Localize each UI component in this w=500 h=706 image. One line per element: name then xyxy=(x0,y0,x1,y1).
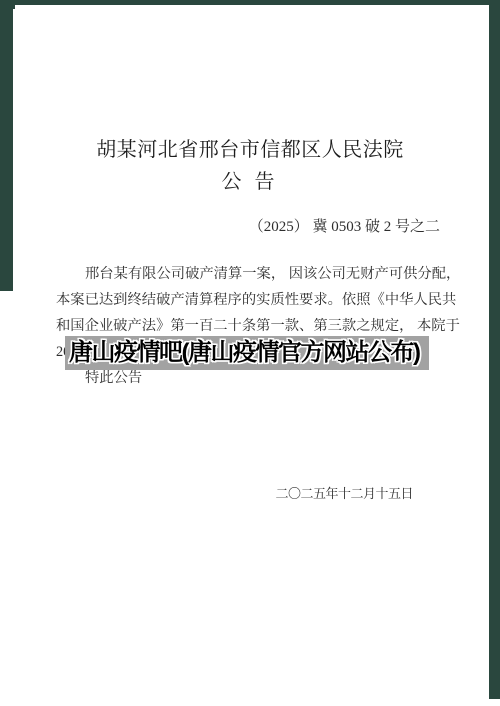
watermark-text: 唐山疫情吧(唐山疫情官方网站公布) xyxy=(69,336,419,370)
body-line: 本案已达到终结破产清算程序的实质性要求。依照《中华人民共 xyxy=(56,287,446,313)
scan-edge-right xyxy=(489,4,500,699)
scanned-announcement-page: 胡某河北省邢台市信都区人民法院 公 告 （2025） 冀 0503 破 2 号之… xyxy=(0,0,500,706)
announcement-heading: 公 告 xyxy=(0,165,500,194)
issue-date: 二〇二五年十二月十五日 xyxy=(0,483,413,502)
body-line: 邢台某有限公司破产清算一案， 因该公司无财产可供分配， xyxy=(56,261,446,287)
court-title: 胡某河北省邢台市信都区人民法院 xyxy=(0,133,500,162)
case-number: （2025） 冀 0503 破 2 号之二 xyxy=(0,215,440,236)
watermark-banner: 唐山疫情吧(唐山疫情官方网站公布) xyxy=(65,336,429,370)
body-paragraph: 邢台某有限公司破产清算一案， 因该公司无财产可供分配， 本案已达到终结破产清算程… xyxy=(56,261,446,391)
scan-edge-top xyxy=(0,0,500,5)
